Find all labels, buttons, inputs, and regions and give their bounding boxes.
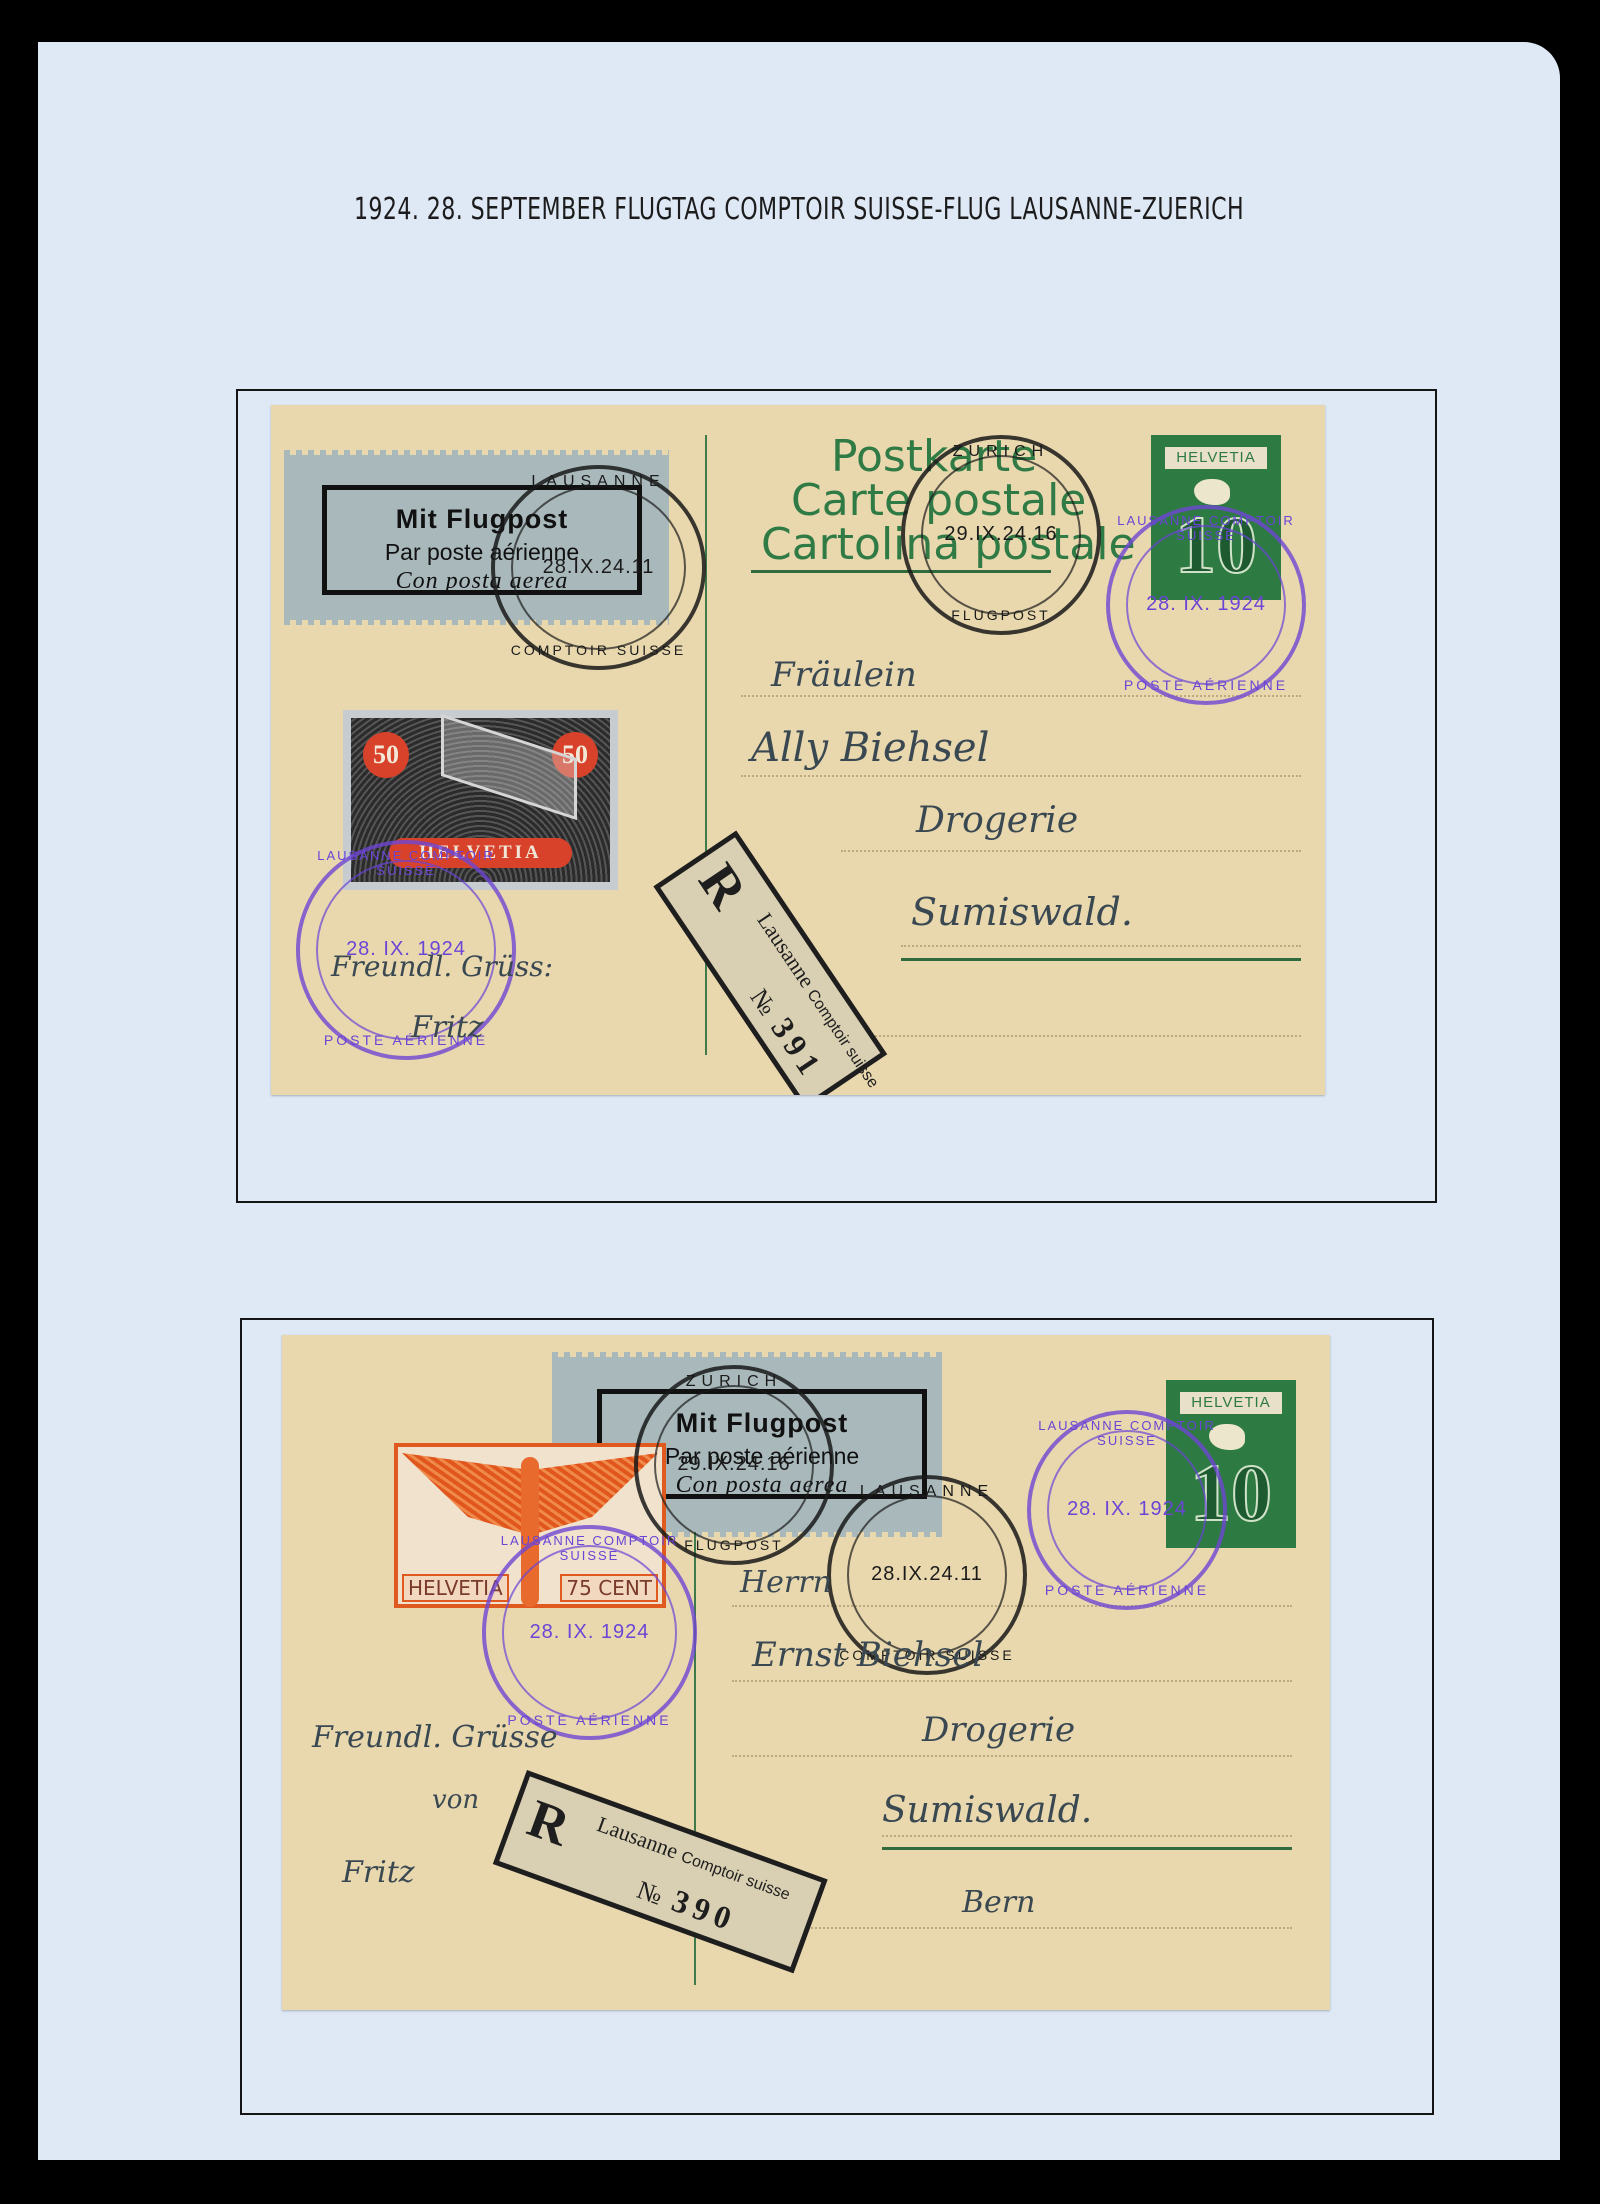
biplane-icon (441, 714, 577, 820)
message-line-2: von (432, 1785, 479, 1815)
registration-label-390: R Lausanne Comptoir suisse №390 (493, 1770, 828, 1973)
page-title: 1924. 28. SEPTEMBER FLUGTAG COMPTOIR SUI… (175, 192, 1423, 227)
message-line-1: Freundl. Grüsse (312, 1720, 558, 1755)
registration-label-391: R Lausanne Comptoir suisse №391 (653, 830, 887, 1095)
cachet-lausanne-comptoir-1: LAUSANNE COMPTOIR SUISSE 28. IX. 1924 PO… (1027, 1410, 1227, 1610)
postcard-391: Postkarte Carte postale Cartolina postal… (271, 405, 1325, 1095)
postmark-zurich-flugpost: ZURICH 29.IX.24.16 FLUGPOST (901, 435, 1101, 635)
address-line-2: Ernst Biehsel (752, 1635, 983, 1675)
postmark-lausanne: LAUSANNE 28.IX.24.11 COMPTOIR SUISSE (491, 465, 706, 670)
cachet-lausanne-comptoir-1: LAUSANNE COMPTOIR SUISSE 28. IX. 1924 PO… (1106, 505, 1306, 705)
message-line-1: Freundl. Grüss: (331, 950, 553, 983)
address-line-5: Bern (962, 1885, 1035, 1920)
address-line-4: Sumiswald. (911, 890, 1133, 934)
address-line-3: Drogerie (916, 800, 1078, 841)
address-line-1: Herrn (740, 1565, 832, 1600)
postcard-390: Mit Flugpost Par poste aérienne Con post… (282, 1335, 1330, 2010)
message-line-3: Fritz (342, 1855, 415, 1890)
cachet-lausanne-comptoir-2: LAUSANNE COMPTOIR SUISSE 28. IX. 1924 PO… (482, 1525, 697, 1740)
address-line-3: Drogerie (922, 1710, 1075, 1750)
icarus-icon (402, 1453, 522, 1533)
address-line-1: Fräulein (771, 655, 917, 695)
message-line-2: Fritz (411, 1010, 484, 1045)
address-line-4: Sumiswald. (882, 1790, 1092, 1831)
address-line-2: Ally Biehsel (751, 725, 989, 771)
